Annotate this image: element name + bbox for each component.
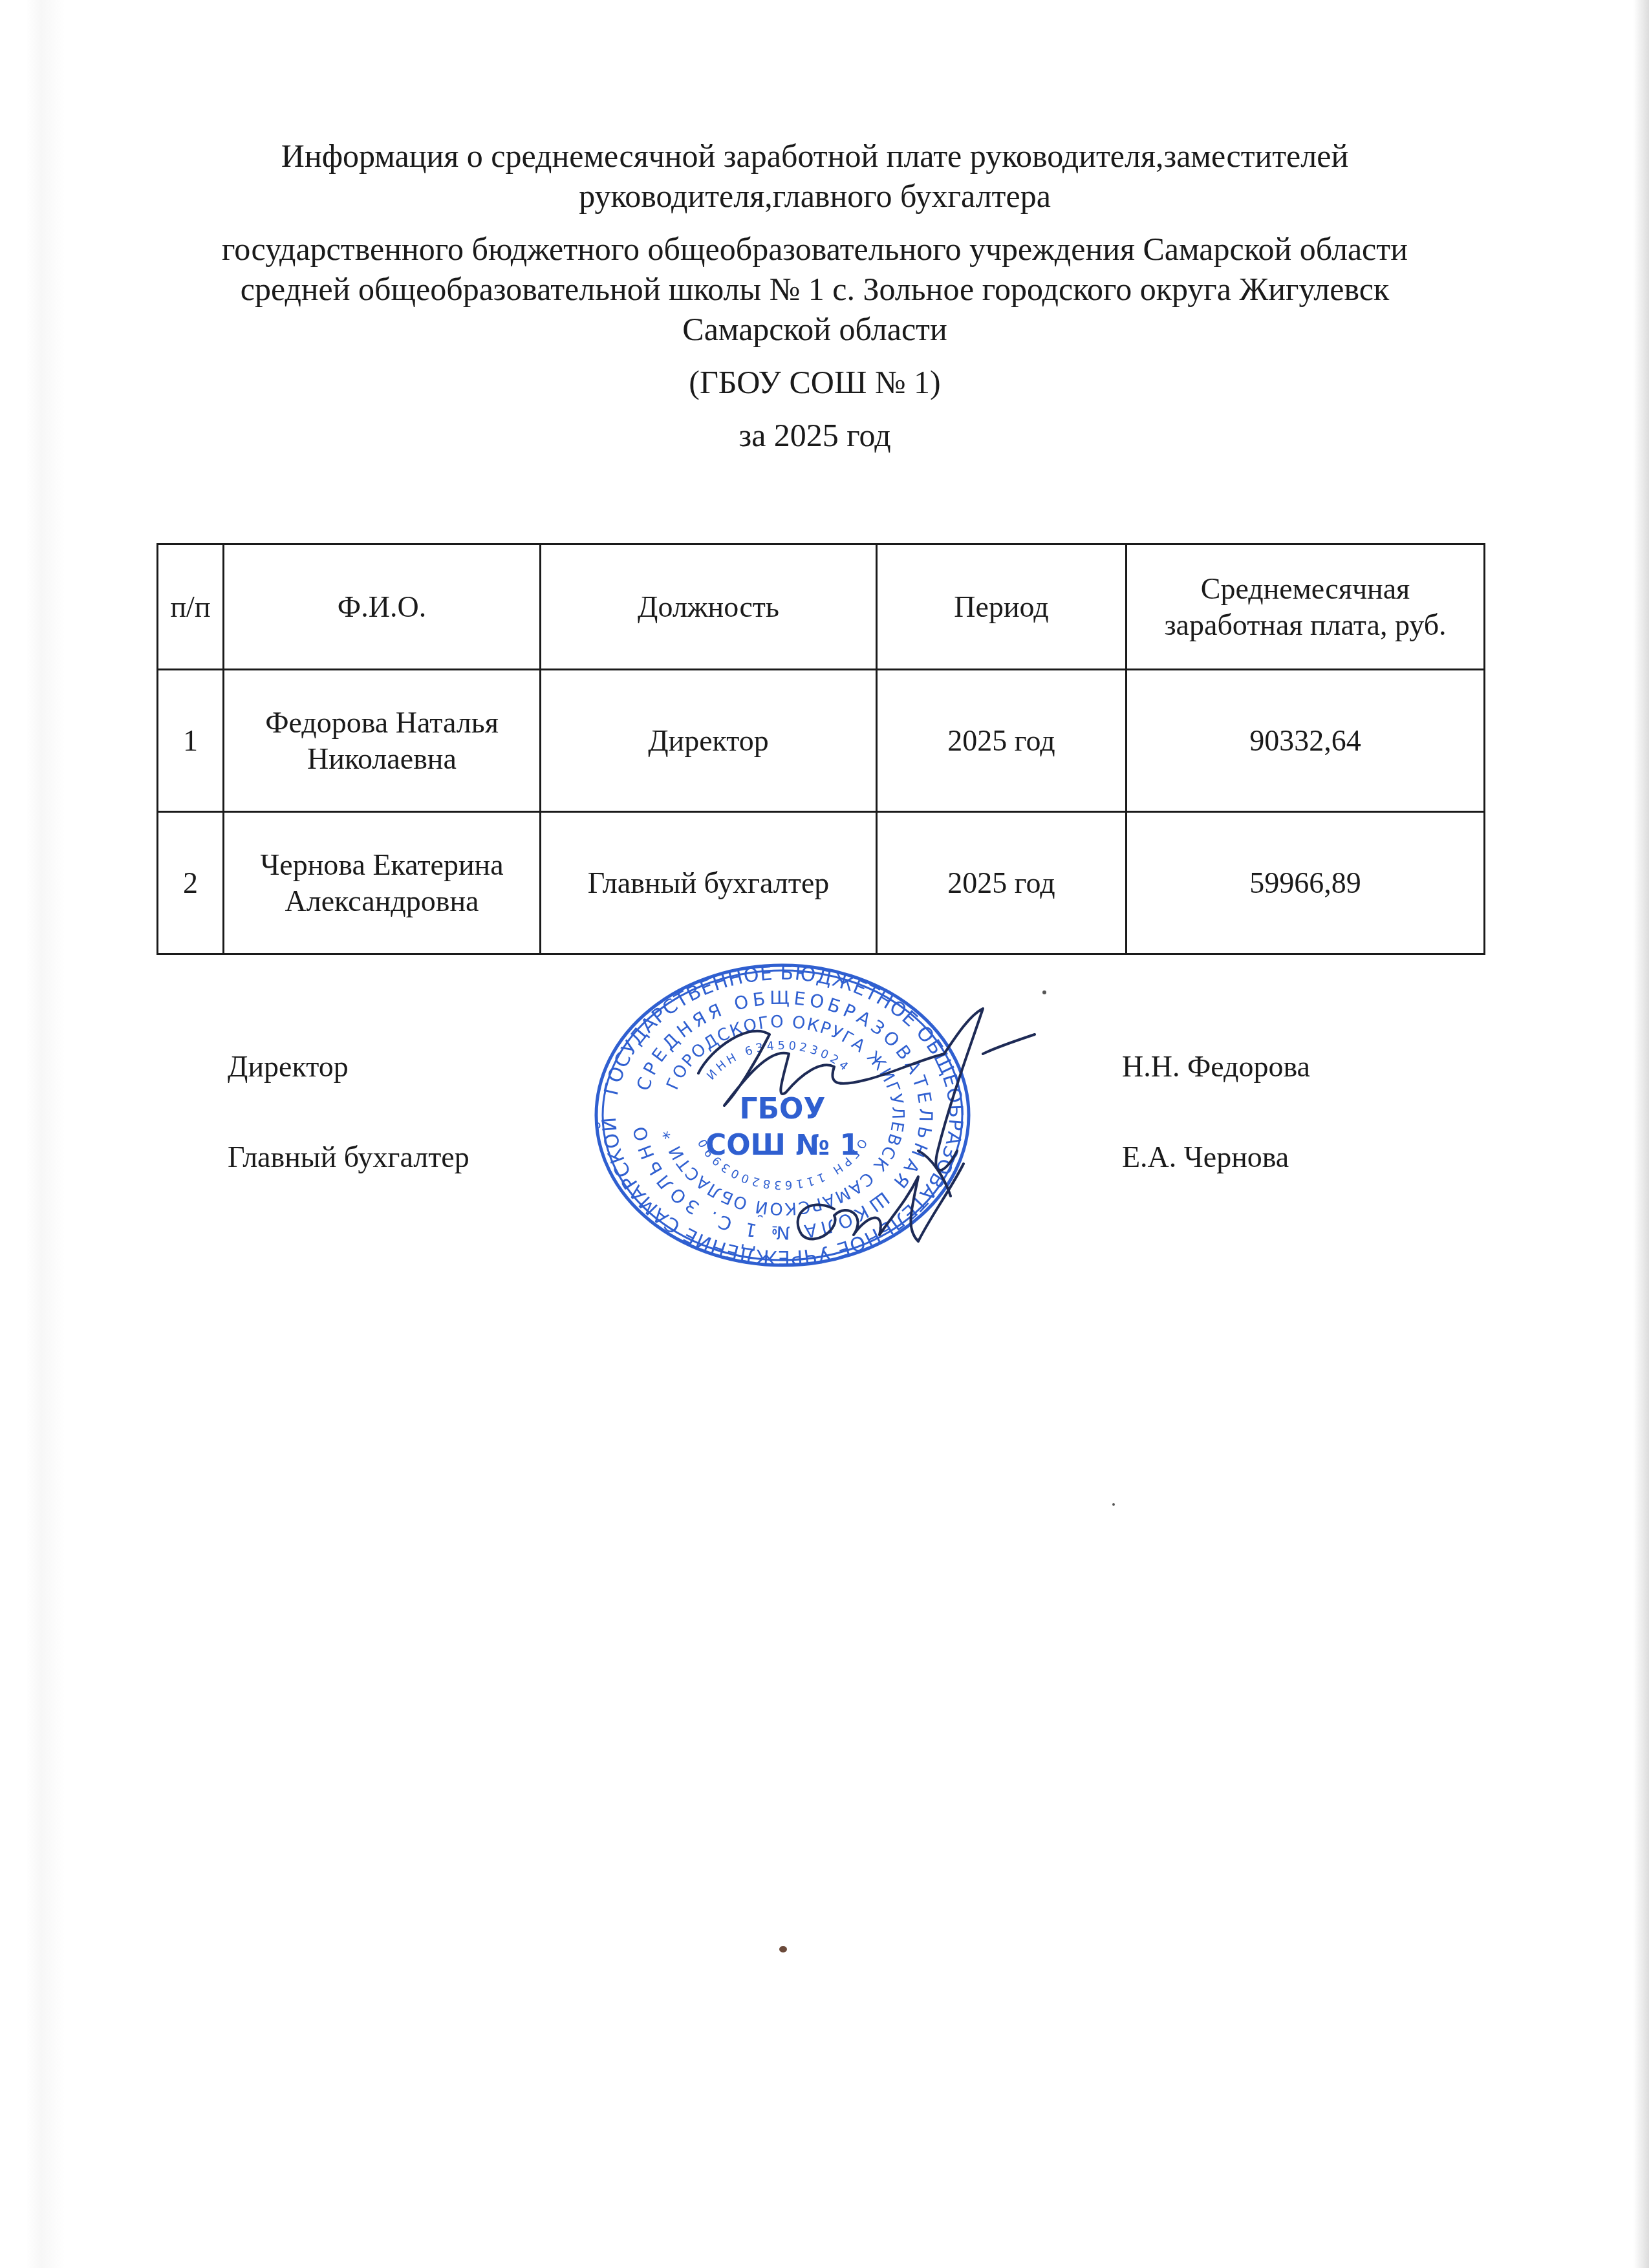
- col-header-period: Период: [877, 544, 1126, 670]
- title-line-1: Информация о среднемесячной заработной п…: [142, 136, 1487, 176]
- cell-position: Главный бухгалтер: [541, 812, 877, 954]
- cell-fio: Чернова Екатерина Александровна: [224, 812, 541, 954]
- signatory-name-accountant: Е.А. Чернова: [1122, 1138, 1310, 1228]
- org-line-1: государственного бюджетного общеобразова…: [142, 229, 1487, 269]
- cell-num: 1: [158, 670, 224, 812]
- cell-salary: 59966,89: [1126, 812, 1485, 954]
- signatory-title-accountant: Главный бухгалтер: [228, 1138, 469, 1228]
- col-header-position: Должность: [541, 544, 877, 670]
- cell-num: 2: [158, 812, 224, 954]
- signatory-names: Н.Н. Федорова Е.А. Чернова: [1122, 1047, 1310, 1228]
- table-row: 2 Чернова Екатерина Александровна Главны…: [158, 812, 1485, 954]
- fio-line-1: Чернова Екатерина: [228, 847, 535, 883]
- fio-line-2: Николаевна: [228, 741, 535, 777]
- col-header-fio: Ф.И.О.: [224, 544, 541, 670]
- scan-speck: [1112, 1503, 1115, 1506]
- signatory-titles: Директор Главный бухгалтер: [228, 1047, 469, 1228]
- cell-fio: Федорова Наталья Николаевна: [224, 670, 541, 812]
- scan-speck: [1042, 990, 1046, 994]
- handwritten-signatures-icon: [673, 983, 1061, 1267]
- title-line-2: руководителя,главного бухгалтера: [142, 176, 1487, 216]
- table-header-row: п/п Ф.И.О. Должность Период Среднемесячн…: [158, 544, 1485, 670]
- scan-edge-shadow-right: [1633, 0, 1649, 2268]
- cell-position: Директор: [541, 670, 877, 812]
- scan-speck: [779, 1946, 787, 1952]
- document-header: Информация о среднемесячной заработной п…: [142, 136, 1487, 455]
- org-short-name: (ГБОУ СОШ № 1): [142, 362, 1487, 402]
- scan-edge-shadow: [26, 0, 65, 2268]
- org-line-2: средней общеобразовательной школы № 1 с.…: [142, 269, 1487, 309]
- signatory-name-director: Н.Н. Федорова: [1122, 1047, 1310, 1138]
- cell-period: 2025 год: [877, 670, 1126, 812]
- cell-salary: 90332,64: [1126, 670, 1485, 812]
- cell-period: 2025 год: [877, 812, 1126, 954]
- col-header-num: п/п: [158, 544, 224, 670]
- salary-table: п/п Ф.И.О. Должность Период Среднемесячн…: [156, 543, 1485, 955]
- fio-line-2: Александровна: [228, 883, 535, 919]
- col-header-salary: Среднемесячная заработная плата, руб.: [1126, 544, 1485, 670]
- signatory-title-director: Директор: [228, 1047, 469, 1138]
- fio-line-1: Федорова Наталья: [228, 705, 535, 741]
- org-line-3: Самарской области: [142, 309, 1487, 349]
- report-period: за 2025 год: [142, 415, 1487, 455]
- table-row: 1 Федорова Наталья Николаевна Директор 2…: [158, 670, 1485, 812]
